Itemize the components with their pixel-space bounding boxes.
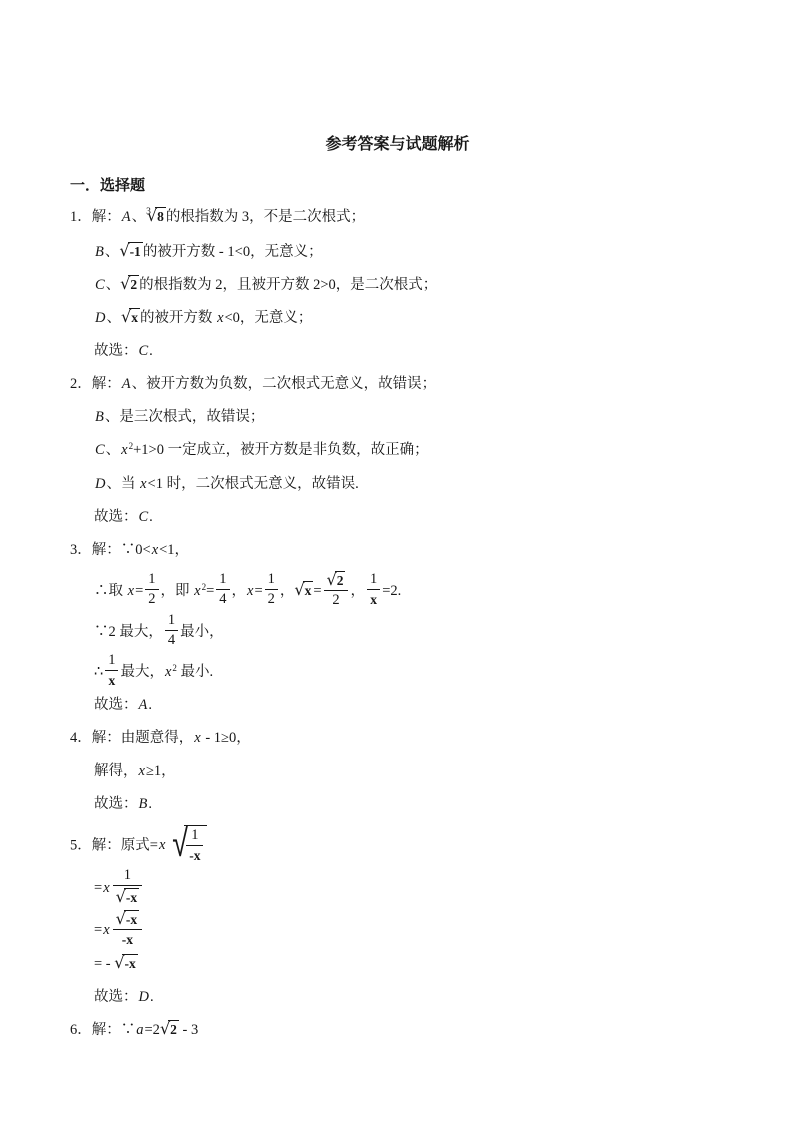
sqrt: √-x (114, 954, 137, 975)
variable: x (138, 763, 146, 779)
denominator: 4 (216, 590, 229, 607)
denominator: -x (186, 846, 203, 863)
text-run: . (148, 796, 152, 812)
text-run: 、是三次根式，故错误； (105, 409, 265, 425)
numerator: 1 (105, 653, 118, 671)
fraction: 12 (265, 572, 278, 607)
radicand: -1 (128, 242, 143, 259)
question-1: 1．解：A、3√8的根指数为 3，不是二次根式； B、√-1的被开方数 - 1<… (70, 207, 725, 362)
q1-line4: D、√x的被开方数 x<0，无意义； (70, 308, 725, 329)
text-run: 最大， (120, 664, 164, 680)
text-run: 的根指数为 3，不是二次根式； (166, 209, 365, 225)
text-run: = - (94, 956, 114, 972)
text-run: 的根指数为 2，且被开方数 2>0，是二次根式； (139, 277, 437, 293)
text-run: . (149, 343, 153, 359)
radicand: 2 (335, 571, 346, 588)
text-run: - 3 (179, 1022, 198, 1038)
text-run: ≥1， (146, 763, 176, 779)
text-run: . (150, 989, 154, 1005)
text-run: ∵2 最大， (94, 624, 163, 640)
numerator: 1 (145, 572, 158, 590)
text-run: - 1≥0， (202, 730, 251, 746)
text-run: ∴取 (94, 583, 127, 599)
denominator: 2 (265, 590, 278, 607)
question-4: 4．解：由题意得，x - 1≥0， 解得，x≥1， 故选：B. (70, 728, 725, 815)
question-3: 3．解：∵0<x<1， ∴取 x=12，即 x2=14，x=12，√x=√22，… (70, 540, 725, 716)
text-run: 故选： (94, 796, 138, 812)
q3-line3: ∵2 最大，14最小， (70, 615, 725, 650)
radicand: x (303, 581, 314, 598)
page-title: 参考答案与试题解析 (70, 131, 725, 154)
text-run: 6．解：∵ (70, 1022, 135, 1038)
sqrt: √1-x (167, 825, 207, 863)
sqrt: √-x (116, 910, 139, 927)
denominator: 2 (145, 590, 158, 607)
fraction: 1x (367, 572, 380, 607)
radicand: 1-x (184, 825, 207, 863)
q3-line4: ∴1x最大，x2 最小. (70, 655, 725, 690)
q3-line2: ∴取 x=12，即 x2=14，x=12，√x=√22，1x=2. (70, 573, 725, 610)
text-run: = (313, 583, 321, 599)
text-run: ∴ (94, 664, 103, 680)
root-index: 3 (146, 202, 151, 223)
variable: x (139, 476, 147, 492)
text-run: 、 (106, 277, 121, 293)
q4-line2: 解得，x≥1， (70, 761, 725, 782)
text-run: 、 (132, 209, 147, 225)
numerator: √2 (324, 571, 349, 591)
answer-letter: B (138, 796, 149, 812)
text-run: . (148, 697, 152, 713)
text-run: = (94, 880, 102, 896)
superscript: 2 (202, 582, 207, 592)
text-run: =2 (145, 1022, 160, 1038)
sqrt: √2 (160, 1020, 179, 1041)
text-run: . (149, 509, 153, 525)
text-run: = (254, 583, 262, 599)
text-run: 最小， (180, 624, 224, 640)
q2-line2: B、是三次根式，故错误； (70, 407, 725, 428)
q5-line3: =x√-x-x (70, 912, 725, 949)
text-run: 4．解：由题意得， (70, 730, 193, 746)
fraction: 14 (216, 572, 229, 607)
q5-line2: =x1√-x (70, 870, 725, 907)
fraction: √-x-x (113, 910, 142, 947)
option-letter: C (94, 277, 106, 293)
q2-line1: 2．解：A、被开方数为负数，二次根式无意义，故错误； (70, 374, 725, 395)
sqrt: √x (121, 308, 140, 329)
q3-answer: 故选：A. (70, 695, 725, 716)
variable: x (102, 922, 110, 938)
text-run: <0，无意义； (225, 310, 313, 326)
text-run: 故选： (94, 697, 138, 713)
radicand: -x (124, 910, 139, 927)
variable: x (216, 310, 224, 326)
variable: x (151, 542, 159, 558)
radicand: 8 (155, 207, 166, 224)
sqrt: √2 (327, 571, 346, 588)
fraction: 1x (105, 653, 118, 688)
text-run: 、被开方数为负数，二次根式无意义，故错误； (132, 376, 437, 392)
q2-line4: D、当 x<1 时，二次根式无意义，故错误. (70, 474, 725, 495)
text-run: 的被开方数 - 1<0，无意义； (143, 244, 323, 260)
superscript: 2 (129, 441, 134, 451)
q1-line3: C、√2的根指数为 2，且被开方数 2>0，是二次根式； (70, 275, 725, 296)
denominator: 4 (165, 631, 178, 648)
text-run: = (206, 583, 214, 599)
text-run: 的被开方数 (140, 310, 216, 326)
numerator: 1 (265, 572, 278, 590)
text-run: 、 (106, 442, 121, 458)
denominator: x (367, 590, 380, 607)
text-run: 2．解： (70, 376, 121, 392)
cube-root: 3√8 (146, 207, 166, 230)
fraction: 14 (165, 613, 178, 648)
answer-letter: C (138, 343, 150, 359)
q1-line1: 1．解：A、3√8的根指数为 3，不是二次根式； (70, 207, 725, 230)
option-letter: C (94, 442, 106, 458)
question-6: 6．解：∵a=2√2 - 3 (70, 1020, 725, 1041)
radicand: 2 (168, 1020, 179, 1037)
variable: x (193, 730, 201, 746)
q6-line1: 6．解：∵a=2√2 - 3 (70, 1020, 725, 1041)
text-run: ， (280, 583, 295, 599)
denominator: √-x (113, 886, 142, 905)
fraction: 1√-x (113, 868, 142, 905)
text-run: 故选： (94, 989, 138, 1005)
variable: x (102, 880, 110, 896)
denominator: x (105, 671, 118, 688)
fraction: 12 (145, 572, 158, 607)
text-run: = (94, 922, 102, 938)
q2-answer: 故选：C. (70, 507, 725, 528)
option-letter: B (94, 409, 105, 425)
option-letter: B (94, 244, 105, 260)
q5-line4: = - √-x (70, 954, 725, 975)
numerator: 1 (165, 613, 178, 631)
q5-line1: 5．解：原式=x√1-x (70, 827, 725, 865)
text-run: 5．解：原式= (70, 837, 158, 853)
text-run: 、当 (106, 476, 139, 492)
radicand: -x (122, 954, 137, 971)
q2-line3: C、x2+1>0 一定成立，被开方数是非负数，故正确； (70, 440, 725, 462)
answer-letter: C (138, 509, 150, 525)
document-page: 参考答案与试题解析 一．选择题 1．解：A、3√8的根指数为 3，不是二次根式；… (0, 0, 793, 1122)
option-letter: A (121, 209, 132, 225)
q4-answer: 故选：B. (70, 794, 725, 815)
denominator: -x (113, 930, 142, 947)
q1-line2: B、√-1的被开方数 - 1<0，无意义； (70, 242, 725, 263)
option-letter: D (94, 310, 106, 326)
question-5: 5．解：原式=x√1-x =x1√-x =x√-x-x = - √-x 故选：D… (70, 827, 725, 1008)
sqrt: √x (294, 581, 313, 602)
q3-line1: 3．解：∵0<x<1， (70, 540, 725, 561)
q4-line1: 4．解：由题意得，x - 1≥0， (70, 728, 725, 749)
text-run: =2. (382, 583, 401, 599)
text-run: ， (350, 583, 365, 599)
variable: x (127, 583, 135, 599)
option-letter: D (94, 476, 106, 492)
numerator: √-x (113, 910, 142, 930)
question-2: 2．解：A、被开方数为负数，二次根式无意义，故错误； B、是三次根式，故错误； … (70, 374, 725, 528)
text-run: 解得， (94, 763, 138, 779)
option-letter: A (121, 376, 132, 392)
denominator: 2 (324, 591, 349, 608)
numerator: 1 (216, 572, 229, 590)
fraction: 1-x (186, 828, 203, 863)
text-run: 、 (105, 244, 120, 260)
text-run: 3．解：∵0< (70, 542, 151, 558)
numerator: 1 (186, 828, 203, 846)
text-run: 最小. (177, 664, 213, 680)
sqrt: √2 (120, 275, 139, 296)
text-run: <1 时，二次根式无意义，故错误. (148, 476, 359, 492)
radicand: 2 (128, 275, 139, 292)
q1-answer: 故选：C. (70, 341, 725, 362)
variable: a (135, 1022, 144, 1038)
variable: x (193, 583, 201, 599)
text-run: 、 (106, 310, 121, 326)
text-run: 故选： (94, 509, 138, 525)
text-run: = (135, 583, 143, 599)
variable: x (158, 837, 166, 853)
fraction: √22 (324, 571, 349, 608)
numerator: 1 (113, 868, 142, 886)
sqrt: √-x (116, 888, 139, 905)
text-run: 1．解： (70, 209, 121, 225)
sqrt: √-1 (119, 242, 142, 263)
variable: x (120, 442, 128, 458)
answer-letter: D (138, 989, 150, 1005)
answer-letter: A (138, 697, 149, 713)
text-run: ，即 (161, 583, 194, 599)
superscript: 2 (172, 663, 177, 673)
numerator: 1 (367, 572, 380, 590)
section-heading: 一．选择题 (70, 174, 725, 195)
text-run: +1>0 一定成立，被开方数是非负数，故正确； (133, 442, 428, 458)
q5-answer: 故选：D. (70, 987, 725, 1008)
radicand: -x (124, 888, 139, 905)
text-run: 故选： (94, 343, 138, 359)
text-run: ， (232, 583, 247, 599)
text-run: <1， (159, 542, 189, 558)
radicand: x (129, 308, 140, 325)
